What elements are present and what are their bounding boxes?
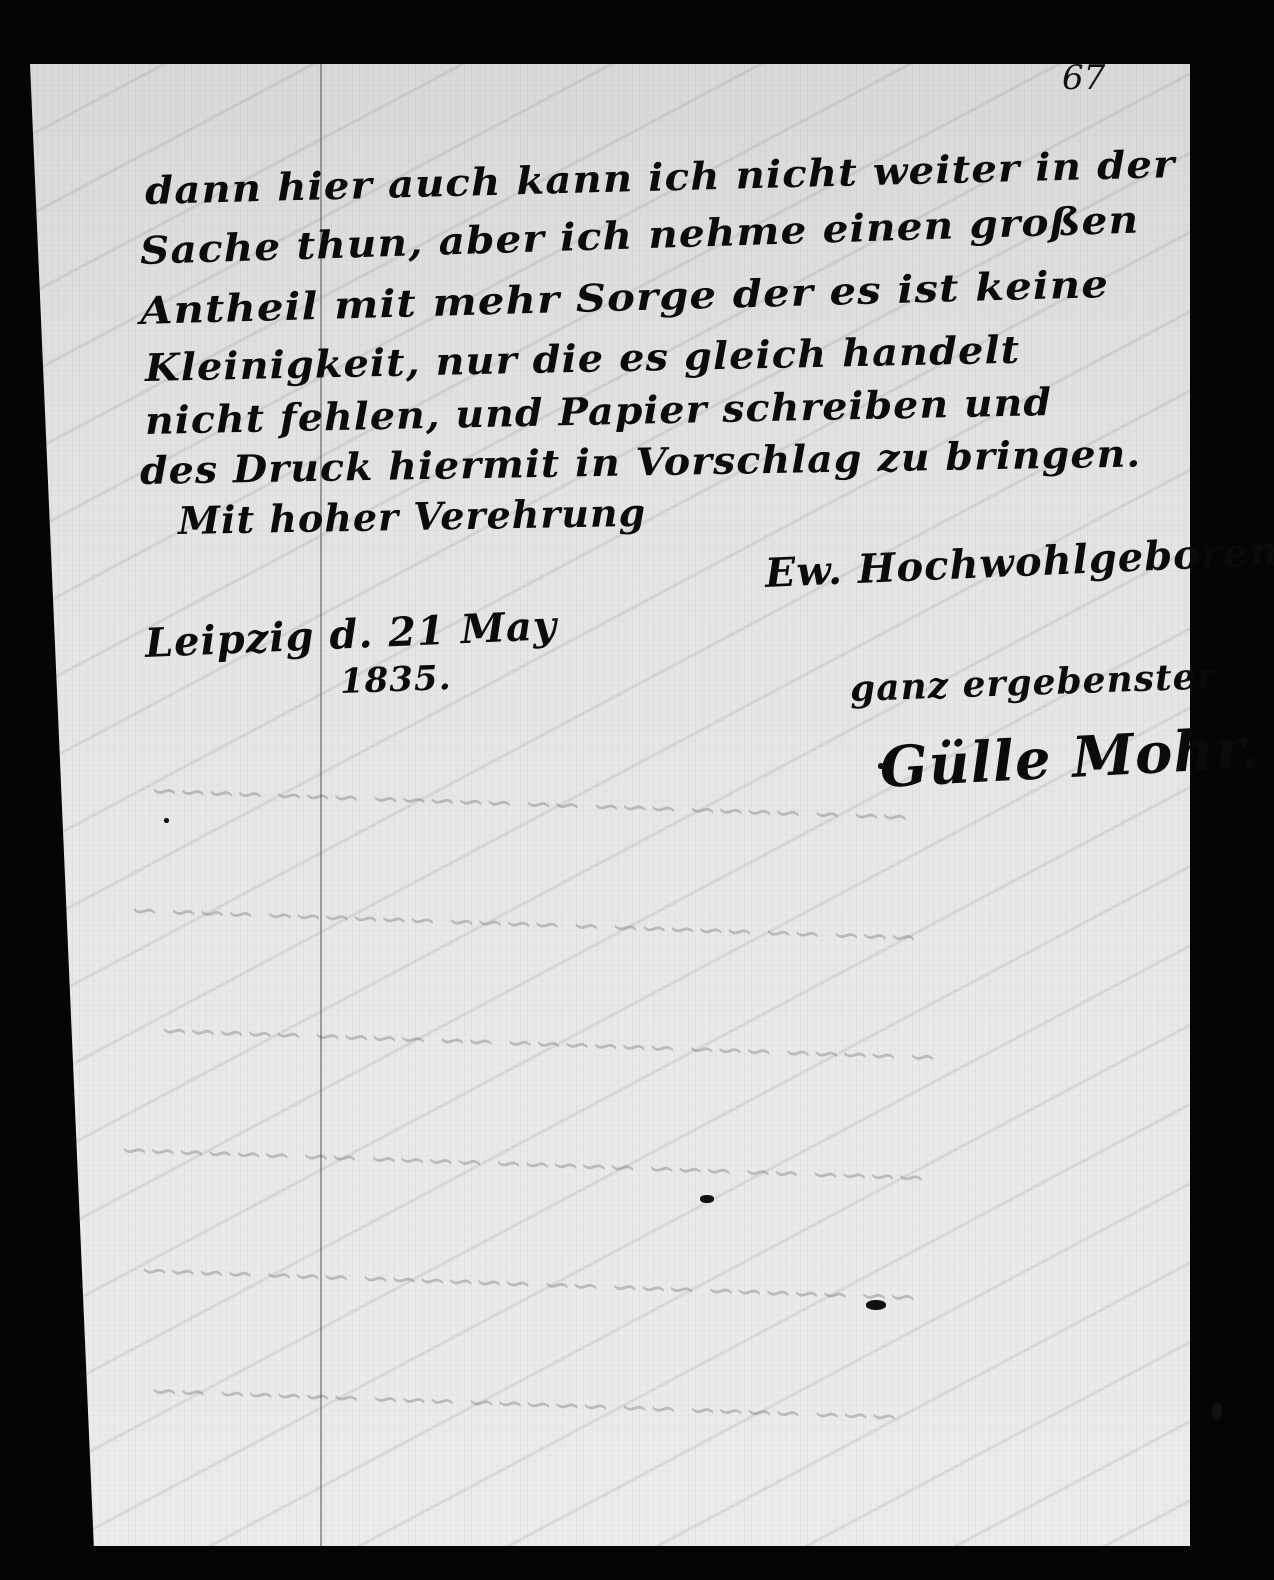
salutation-closing: Mit hoher Verehrung — [178, 490, 647, 543]
ink-blot — [866, 1300, 886, 1310]
ink-blot — [700, 1195, 714, 1203]
bleed-through-text: ~~~~ ~~ ~~~ ~~~~~ ~~~~ ~~ ~~~~~~ — [120, 1130, 926, 1198]
bleed-through-text: ~~~ ~~ ~~~~~ ~ ~~~~ ~~~~~~ ~~~ ~ — [130, 890, 919, 957]
folio-number: 67 — [1062, 58, 1105, 98]
bleed-through-text: ~~ ~~~~~ ~~~ ~~ ~~~~~~ ~~~ ~~~~ — [140, 1250, 918, 1317]
bleed-through-text: ~~ ~ ~~~~ ~~~ ~~ ~~~~~ ~~~ ~~~~ — [150, 771, 910, 837]
ink-dot — [164, 818, 169, 823]
ink-dot — [878, 763, 884, 769]
bleed-through-text: ~~~ ~~~~ ~~ ~~~~~ ~~~ ~~~~~ ~~ — [150, 1371, 900, 1437]
scanner-frame: ~~ ~ ~~~~ ~~~ ~~ ~~~~~ ~~~ ~~~~ ~~~ ~~ ~… — [0, 0, 1274, 1580]
bleed-through-text: ~ ~~~~ ~~~ ~~~~~~ ~~ ~~~~ ~~~~~ — [160, 1010, 938, 1077]
dateline-year: 1835. — [339, 658, 452, 702]
ink-blot — [1212, 1402, 1222, 1420]
